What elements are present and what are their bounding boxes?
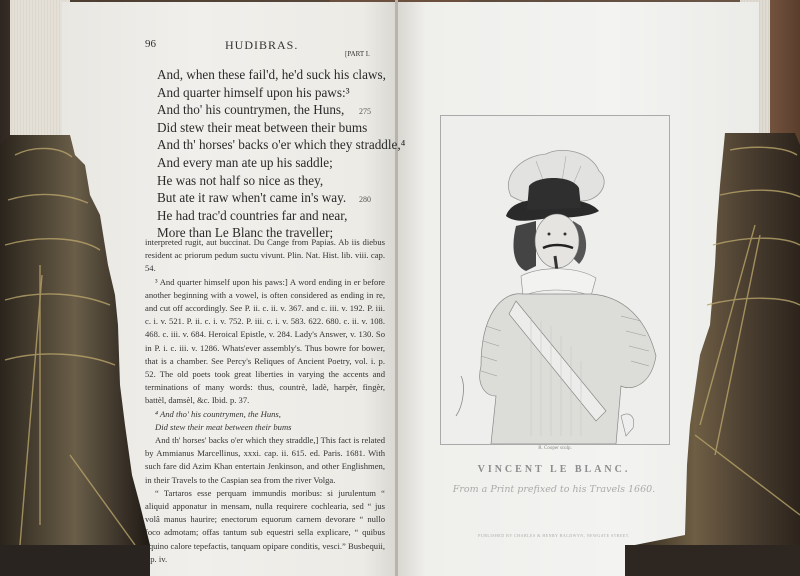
footnote: interpreted rugit, aut buccinat. Du Cang…	[145, 236, 385, 276]
footnotes: interpreted rugit, aut buccinat. Du Cang…	[145, 236, 385, 566]
footnote: “ Tartaros esse perquam immundis moribus…	[145, 487, 385, 566]
part-label: [PART I.	[345, 50, 370, 58]
footnote: Did stew their meat between their bums	[145, 421, 385, 434]
verse-line: And th' horses' backs o'er which they st…	[157, 136, 392, 154]
ship-bookend-left-icon	[0, 125, 150, 576]
footnote: ⁴ And tho' his countrymen, the Huns,	[145, 408, 385, 421]
verse-line: He was not half so nice as they,	[157, 172, 392, 190]
footnote: ³ And quarter himself upon his paws:] A …	[145, 276, 385, 408]
verse-line: But ate it raw when't came in's way.280	[157, 189, 392, 207]
footnote: And th' horses' backs o'er which they st…	[145, 434, 385, 487]
verse-line: And tho' his countrymen, the Huns,275	[157, 101, 392, 119]
verse-line: He had trac'd countries far and near,	[157, 207, 392, 225]
verse-line: And quarter himself upon his paws:³	[157, 84, 392, 102]
book-gutter	[395, 0, 398, 576]
ship-bookend-right-icon	[625, 125, 800, 576]
page-number: 96	[145, 38, 156, 50]
verse-line: And, when these fail'd, he'd suck his cl…	[157, 66, 392, 84]
verse-line: And every man ate up his saddle;	[157, 154, 392, 172]
verse-block: And, when these fail'd, he'd suck his cl…	[157, 66, 392, 242]
running-title: HUDIBRAS.	[225, 38, 298, 53]
verse-line: Did stew their meat between their bums	[157, 119, 392, 137]
running-head: 96 HUDIBRAS. [PART I.	[145, 38, 380, 58]
